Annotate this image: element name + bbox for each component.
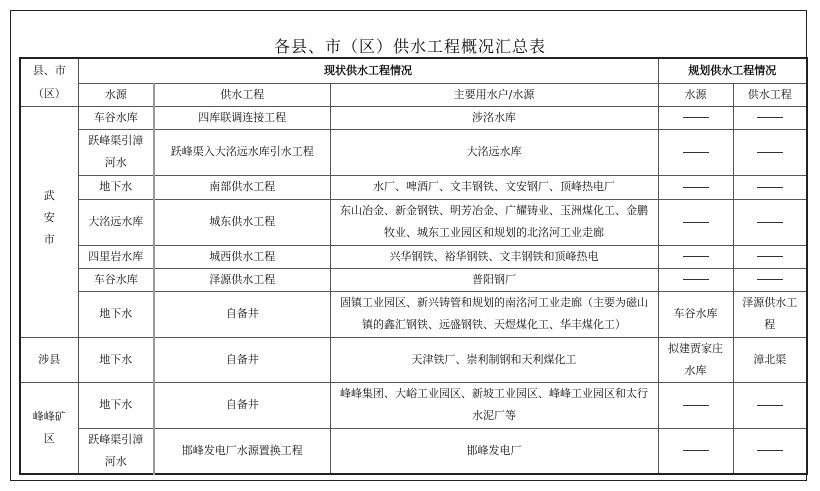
- cell-planned-project: [733, 268, 807, 291]
- cell-source-text: 跃峰渠引漳河水: [88, 433, 143, 468]
- cell-users: 固镇工业园区、新兴铸管和规划的南洺河工业走廊（主要为磁山镇的鑫汇钢铁、远盛钢铁、…: [330, 291, 658, 337]
- dash-placeholder: [683, 450, 709, 451]
- dash-placeholder: [757, 450, 783, 451]
- cell-planned-project: 漳北渠: [733, 337, 807, 382]
- header-county: 县、市 （区）: [20, 58, 78, 106]
- dash-placeholder: [757, 117, 783, 118]
- cell-source: 四里岩水库: [78, 245, 154, 268]
- cell-users: 天津铁厂、崇利制钢和天利煤化工: [330, 337, 658, 382]
- table-row: 大洺远水库 城东供水工程 东山冶金、新金钢铁、明芳冶金、广耀铸业、玉洲煤化工、金…: [20, 199, 807, 245]
- cell-planned-project: [733, 129, 807, 175]
- dash-placeholder: [757, 279, 783, 280]
- cell-users: 普阳钢厂: [330, 268, 658, 291]
- header-county-line1: 县、市: [24, 59, 75, 82]
- cell-planned-project: [733, 245, 807, 268]
- cell-planned-source: [658, 199, 733, 245]
- cell-users: 水厂、啤酒厂、文丰钢铁、文安钢厂、顶峰热电厂: [330, 175, 658, 199]
- cell-source: 车谷水库: [78, 268, 154, 291]
- cell-planned-source: [658, 268, 733, 291]
- dash-placeholder: [683, 187, 709, 188]
- table-row: 四里岩水库 城西供水工程 兴华钢铁、裕华钢铁、文丰钢铁和顶峰热电: [20, 245, 807, 268]
- cell-planned-source: [658, 129, 733, 175]
- table-row: 车谷水库 泽源供水工程 普阳钢厂: [20, 268, 807, 291]
- header-planned-source: 水源: [658, 83, 733, 106]
- cell-project: 城西供水工程: [154, 245, 330, 268]
- cell-planned-project: [733, 382, 807, 428]
- cell-source: 地下水: [78, 175, 154, 199]
- dash-placeholder: [757, 152, 783, 153]
- dash-placeholder: [683, 152, 709, 153]
- cell-users: 兴华钢铁、裕华钢铁、文丰钢铁和顶峰热电: [330, 245, 658, 268]
- cell-planned-project: [733, 199, 807, 245]
- cell-project: 泽源供水工程: [154, 268, 330, 291]
- cell-planned-source: [658, 382, 733, 428]
- header-county-line2: （区）: [24, 82, 75, 105]
- cell-planned-source: [658, 245, 733, 268]
- dash-placeholder: [757, 256, 783, 257]
- cell-project: 自备井: [154, 291, 330, 337]
- cell-source: 地下水: [78, 337, 154, 382]
- table-row: 跃峰渠引漳河水 跃峰渠入大洺远水库引水工程 大洺远水库: [20, 129, 807, 175]
- header-current-project: 供水工程: [154, 83, 330, 106]
- cell-project: 自备井: [154, 382, 330, 428]
- water-supply-summary-table: 县、市 （区） 现状供水工程情况 规划供水工程情况 水源 供水工程 主要用水户/…: [19, 57, 808, 475]
- dash-placeholder: [683, 222, 709, 223]
- county-char: 安: [24, 207, 75, 229]
- cell-planned-source: 拟建贾家庄水库: [658, 337, 733, 382]
- cell-planned-project: [733, 428, 807, 474]
- cell-project: 自备井: [154, 337, 330, 382]
- table-row: 峰峰矿区 地下水 自备井 峰峰集团、大峪工业园区、新坡工业园区、峰峰工业园区和太…: [20, 382, 807, 428]
- cell-source: 跃峰渠引漳河水: [78, 428, 154, 474]
- cell-project: 城东供水工程: [154, 199, 330, 245]
- county-shexian: 涉县: [20, 337, 78, 382]
- cell-planned-project: [733, 106, 807, 129]
- table-row: 地下水 自备井 固镇工业园区、新兴铸管和规划的南洺河工业走廊（主要为磁山镇的鑫汇…: [20, 291, 807, 337]
- cell-project: 四库联调连接工程: [154, 106, 330, 129]
- table-title: 各县、市（区）供水工程概况汇总表: [0, 34, 820, 57]
- table-row: 武 安 市 车谷水库 四库联调连接工程 涉洺水库: [20, 106, 807, 129]
- cell-project: 邯峰发电厂水源置换工程: [154, 428, 330, 474]
- cell-planned-source: [658, 106, 733, 129]
- cell-planned-source: [658, 175, 733, 199]
- dash-placeholder: [683, 117, 709, 118]
- cell-users: 东山冶金、新金钢铁、明芳冶金、广耀铸业、玉洲煤化工、金鹏牧业、城东工业园区和规划…: [330, 199, 658, 245]
- header-current-source: 水源: [78, 83, 154, 106]
- header-planned-group: 规划供水工程情况: [658, 58, 807, 83]
- header-planned-project: 供水工程: [733, 83, 807, 106]
- cell-project: 南部供水工程: [154, 175, 330, 199]
- cell-users: 大洺远水库: [330, 129, 658, 175]
- table-row: 涉县 地下水 自备井 天津铁厂、崇利制钢和天利煤化工 拟建贾家庄水库 漳北渠: [20, 337, 807, 382]
- dash-placeholder: [757, 405, 783, 406]
- cell-planned-project: [733, 175, 807, 199]
- dash-placeholder: [757, 222, 783, 223]
- county-wuan: 武 安 市: [20, 106, 78, 337]
- dash-placeholder: [683, 279, 709, 280]
- county-char: 市: [24, 229, 75, 251]
- county-fengfeng: 峰峰矿区: [20, 382, 78, 474]
- dash-placeholder: [683, 256, 709, 257]
- cell-source: 大洺远水库: [78, 199, 154, 245]
- cell-source: 车谷水库: [78, 106, 154, 129]
- cell-users: 邯峰发电厂: [330, 428, 658, 474]
- cell-planned-source: [658, 428, 733, 474]
- cell-users: 涉洺水库: [330, 106, 658, 129]
- header-current-group: 现状供水工程情况: [78, 58, 658, 83]
- county-char: 武: [24, 185, 75, 207]
- cell-source: 地下水: [78, 291, 154, 337]
- cell-users: 峰峰集团、大峪工业园区、新坡工业园区、峰峰工业园区和太行水泥厂等: [330, 382, 658, 428]
- cell-source: 跃峰渠引漳河水: [78, 129, 154, 175]
- table-row: 地下水 南部供水工程 水厂、啤酒厂、文丰钢铁、文安钢厂、顶峰热电厂: [20, 175, 807, 199]
- cell-planned-project: 泽源供水工程: [733, 291, 807, 337]
- dash-placeholder: [683, 405, 709, 406]
- cell-planned-source: 车谷水库: [658, 291, 733, 337]
- header-current-users: 主要用水户/水源: [330, 83, 658, 106]
- cell-source-text: 跃峰渠引漳河水: [88, 134, 143, 169]
- cell-project: 跃峰渠入大洺远水库引水工程: [154, 129, 330, 175]
- dash-placeholder: [757, 187, 783, 188]
- table-row: 跃峰渠引漳河水 邯峰发电厂水源置换工程 邯峰发电厂: [20, 428, 807, 474]
- cell-source: 地下水: [78, 382, 154, 428]
